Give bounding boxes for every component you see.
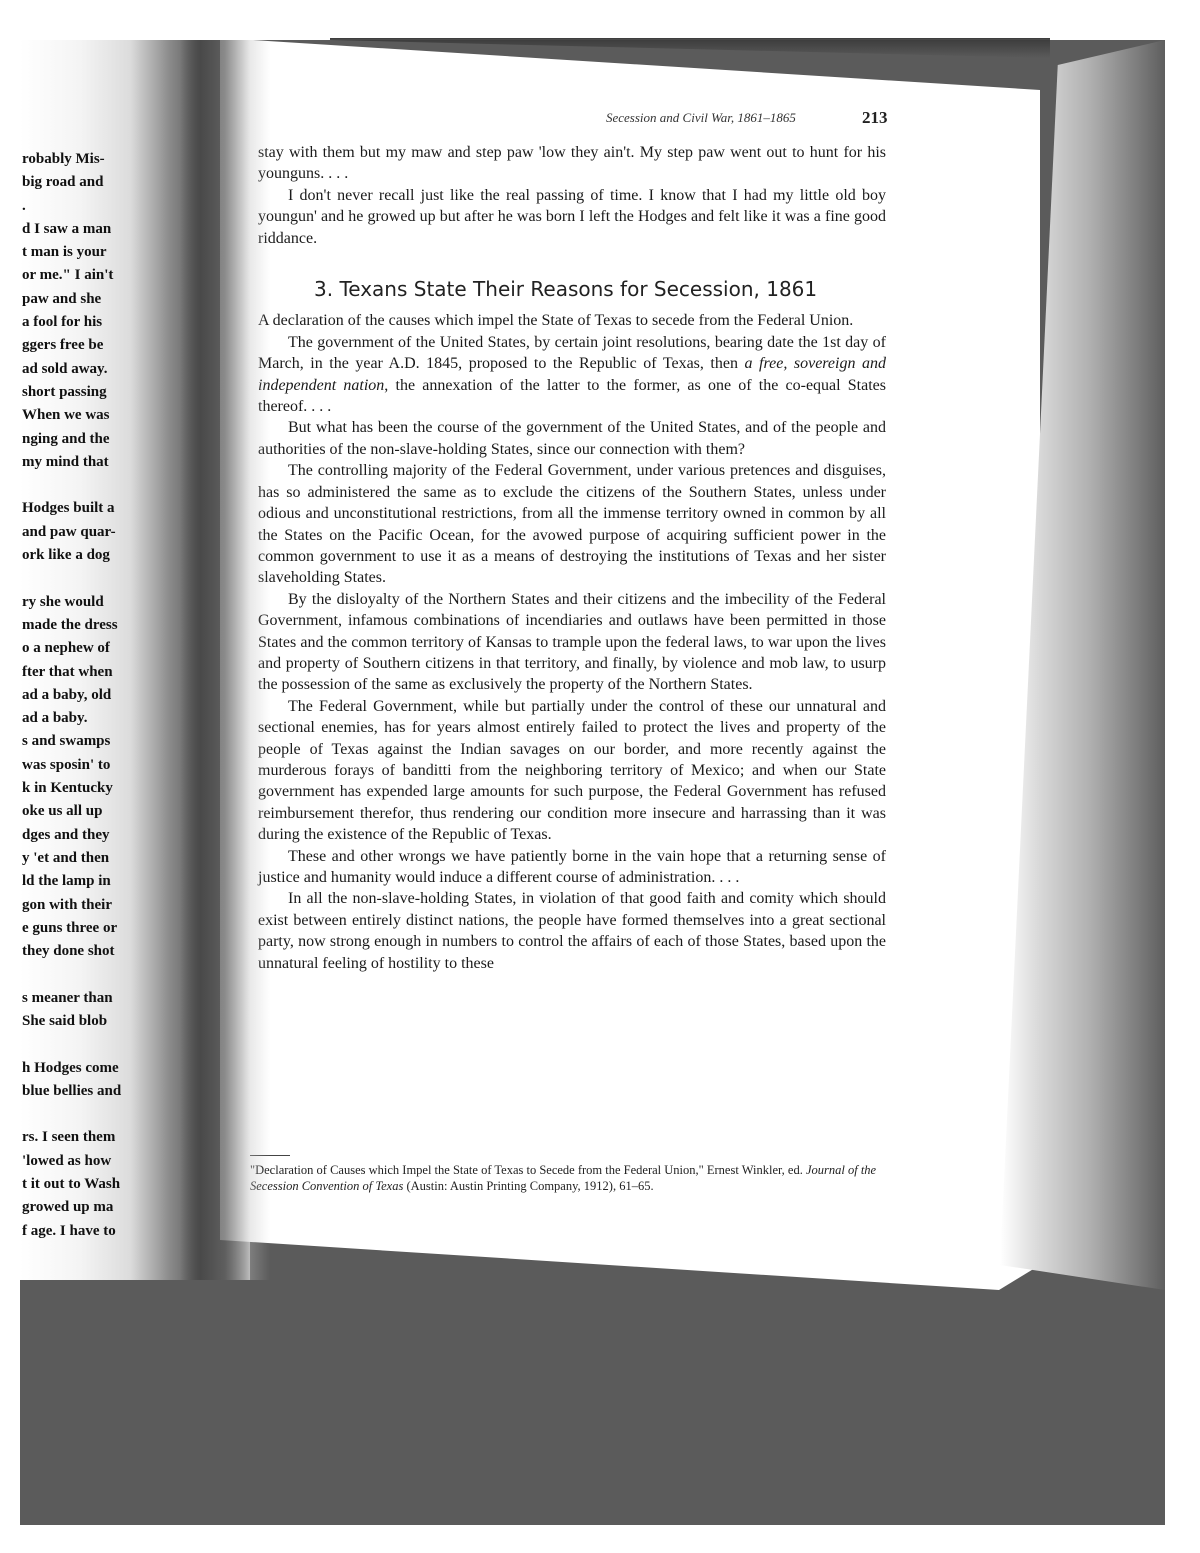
- facing-page-line: blue bellies and: [22, 1080, 222, 1103]
- facing-page-line: gon with their: [22, 894, 222, 917]
- facing-page-line: they done shot: [22, 940, 222, 963]
- facing-page-line: When we was: [22, 404, 222, 427]
- continuation-paragraph: stay with them but my maw and step paw '…: [258, 142, 886, 185]
- running-head: Secession and Civil War, 1861–1865: [606, 110, 896, 126]
- facing-page-line: s and swamps: [22, 730, 222, 753]
- section-title: 3. Texans State Their Reasons for Secess…: [314, 279, 886, 300]
- facing-page-line: or me." I ain't: [22, 264, 222, 287]
- facing-page-line: k in Kentucky: [22, 777, 222, 800]
- facing-page-text: robably Mis-big road and.d I saw a mant …: [22, 148, 222, 1243]
- facing-page-line: ggers free be: [22, 334, 222, 357]
- facing-page-line: ad a baby, old: [22, 684, 222, 707]
- facing-page-line: ad a baby.: [22, 707, 222, 730]
- facing-page-line: [22, 1103, 222, 1126]
- facing-page-line: Hodges built a: [22, 497, 222, 520]
- facing-page-line: s meaner than: [22, 987, 222, 1010]
- facing-page-line: growed up ma: [22, 1196, 222, 1219]
- facing-page-line: made the dress: [22, 614, 222, 637]
- facing-page-line: my mind that: [22, 451, 222, 474]
- paragraph: The Federal Government, while but partia…: [258, 696, 886, 846]
- facing-page-line: o a nephew of: [22, 637, 222, 660]
- facing-page-line: paw and she: [22, 288, 222, 311]
- paragraph: These and other wrongs we have patiently…: [258, 846, 886, 889]
- footnote: "Declaration of Causes which Impel the S…: [250, 1162, 880, 1194]
- facing-page-line: a fool for his: [22, 311, 222, 334]
- facing-page-line: fter that when: [22, 661, 222, 684]
- facing-page-line: h Hodges come: [22, 1057, 222, 1080]
- facing-page-line: and paw quar-: [22, 521, 222, 544]
- paragraph: But what has been the course of the gove…: [258, 417, 886, 460]
- body-text: stay with them but my maw and step paw '…: [258, 142, 886, 974]
- footnote-text: "Declaration of Causes which Impel the S…: [250, 1163, 806, 1177]
- facing-page-line: big road and: [22, 171, 222, 194]
- facing-page-line: t man is your: [22, 241, 222, 264]
- facing-page-line: f age. I have to: [22, 1220, 222, 1243]
- paragraph: By the disloyalty of the Northern States…: [258, 589, 886, 696]
- facing-page-line: dges and they: [22, 824, 222, 847]
- facing-page-line: ork like a dog: [22, 544, 222, 567]
- facing-page-line: [22, 474, 222, 497]
- facing-page-line: rs. I seen them: [22, 1126, 222, 1149]
- facing-page-line: t it out to Wash: [22, 1173, 222, 1196]
- facing-page-line: robably Mis-: [22, 148, 222, 171]
- facing-page-line: nging and the: [22, 428, 222, 451]
- facing-page-line: was sposin' to: [22, 754, 222, 777]
- intro-paragraph: A declaration of the causes which impel …: [258, 310, 886, 331]
- facing-page-line: ad sold away.: [22, 358, 222, 381]
- facing-page-line: .: [22, 195, 222, 218]
- footnote-text: (Austin: Austin Printing Company, 1912),…: [403, 1179, 653, 1193]
- facing-page-line: ry she would: [22, 591, 222, 614]
- facing-page-line: [22, 567, 222, 590]
- facing-page-line: She said blob: [22, 1010, 222, 1033]
- facing-page-line: d I saw a man: [22, 218, 222, 241]
- facing-page-line: oke us all up: [22, 800, 222, 823]
- footnote-divider: [250, 1155, 290, 1156]
- paragraph: The controlling majority of the Federal …: [258, 460, 886, 588]
- paragraph: The government of the United States, by …: [258, 332, 886, 418]
- facing-page-line: y 'et and then: [22, 847, 222, 870]
- facing-page-line: e guns three or: [22, 917, 222, 940]
- facing-page-line: ld the lamp in: [22, 870, 222, 893]
- facing-page-line: short passing: [22, 381, 222, 404]
- page-number: 213: [862, 108, 888, 128]
- facing-page-left: robably Mis-big road and.d I saw a mant …: [20, 40, 250, 1280]
- facing-page-line: [22, 963, 222, 986]
- continuation-paragraph: I don't never recall just like the real …: [258, 185, 886, 249]
- facing-page-line: [22, 1033, 222, 1056]
- facing-page-line: 'lowed as how: [22, 1150, 222, 1173]
- paragraph: In all the non-slave-holding States, in …: [258, 888, 886, 974]
